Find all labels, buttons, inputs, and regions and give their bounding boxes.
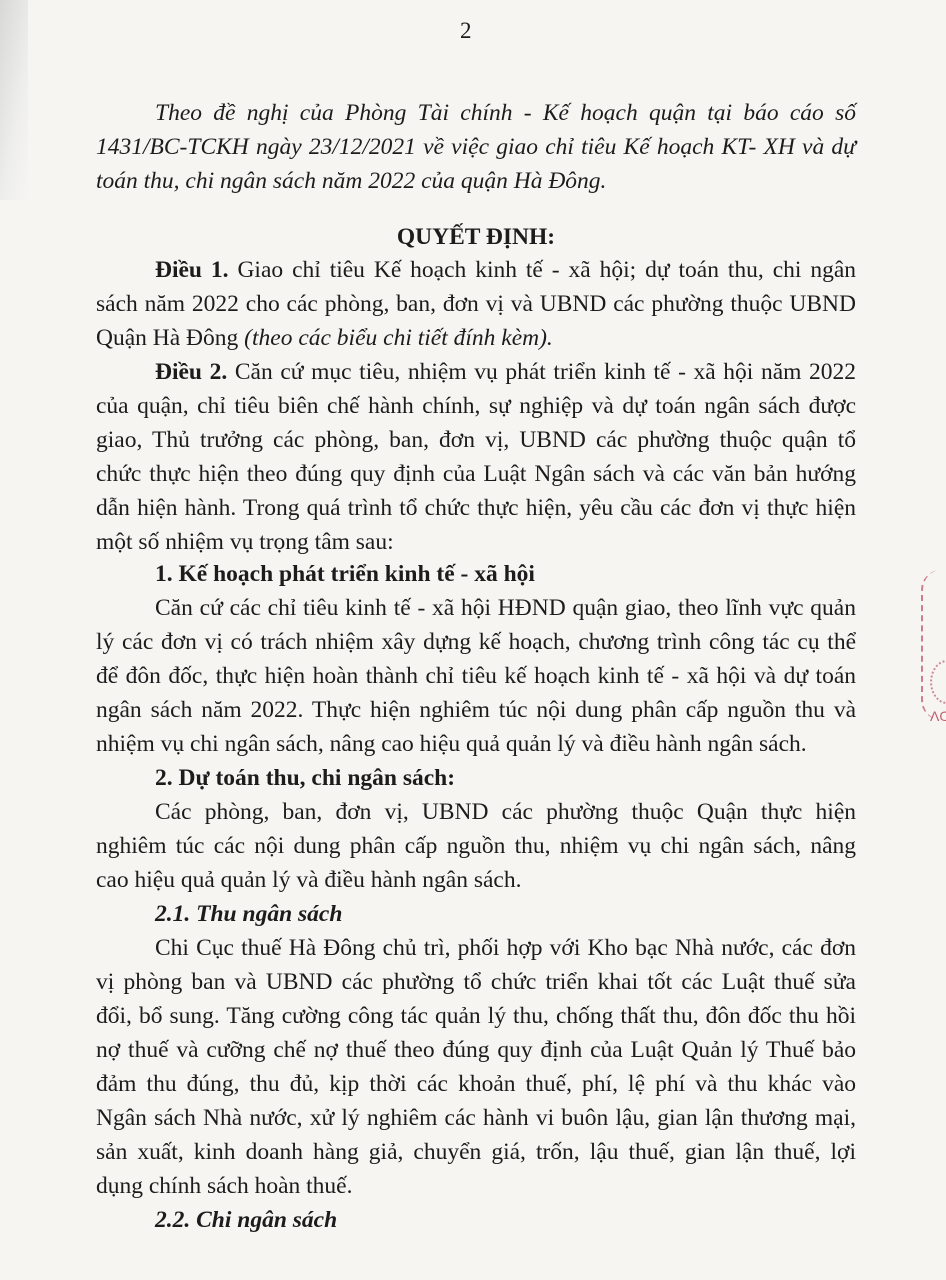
article-1-label: Điều 1.: [155, 257, 229, 283]
section-2-1-line: Chi Cục thuế Hà Đông chủ trì, phối hợp v…: [155, 934, 856, 963]
section-2-title: 2. Dự toán thu, chi ngân sách:: [155, 764, 856, 793]
section-2-2-title: 2.2. Chi ngân sách: [155, 1206, 856, 1235]
section-1-line: nhiệm vụ chi ngân sách, nâng cao hiệu qu…: [96, 730, 856, 759]
section-2-line: Các phòng, ban, đơn vị, UBND các phường …: [155, 798, 856, 827]
decision-heading: QUYẾT ĐỊNH:: [96, 223, 856, 252]
article-1-line: sách năm 2022 cho các phòng, ban, đơn vị…: [96, 290, 856, 319]
section-2-1-line: sản xuất, kinh doanh hàng giả, chuyển gi…: [96, 1138, 856, 1167]
section-1-line: để đôn đốc, thực hiện hoàn thành chỉ tiê…: [96, 662, 856, 691]
article-2-line: Điều 2. Căn cứ mục tiêu, nhiệm vụ phát t…: [155, 358, 856, 387]
section-2-1-line: Ngân sách Nhà nước, xử lý nghiêm các hàn…: [96, 1104, 856, 1133]
section-1-line: lý các đơn vị có trách nhiệm xây dựng kế…: [96, 628, 856, 657]
section-2-line: nghiêm túc các nội dung phân cấp nguồn t…: [96, 832, 856, 861]
section-2-1-line: đổi, bổ sung. Tăng cường công tác quản l…: [96, 1002, 856, 1031]
section-2-1-line: dụng chính sách hoàn thuế.: [96, 1172, 856, 1201]
page-number: 2: [460, 18, 472, 44]
section-2-1-title: 2.1. Thu ngân sách: [155, 900, 856, 929]
article-2-line: của quận, chỉ tiêu biên chế hành chính, …: [96, 392, 856, 421]
article-2-label: Điều 2.: [155, 359, 227, 385]
article-2-line: một số nhiệm vụ trọng tâm sau:: [96, 528, 856, 557]
section-2-1-line: nợ thuế và cưỡng chế nợ thuế theo đúng q…: [96, 1036, 856, 1065]
preamble-line: Theo đề nghị của Phòng Tài chính - Kế ho…: [155, 99, 856, 128]
section-2-1-line: vị phòng ban và UBND các phường tổ chức …: [96, 968, 856, 997]
section-2-1-line: đảm thu đúng, thu đủ, kịp thời các khoản…: [96, 1070, 856, 1099]
section-1-title: 1. Kế hoạch phát triển kinh tế - xã hội: [155, 560, 856, 589]
section-1-line: ngân sách năm 2022. Thực hiện nghiêm túc…: [96, 696, 856, 725]
article-2-line: dẫn hiện hành. Trong quá trình tổ chức t…: [96, 494, 856, 523]
article-1-line: Điều 1. Giao chỉ tiêu Kế hoạch kinh tế -…: [155, 256, 856, 285]
article-2-line: giao, Thủ trưởng các phòng, ban, đơn vị,…: [96, 426, 856, 455]
article-2-line: chức thực hiện theo đúng quy định của Lu…: [96, 460, 856, 489]
stamp-text: ΛƠ: [930, 708, 946, 724]
section-1-line: Căn cứ các chỉ tiêu kinh tế - xã hội HĐN…: [155, 594, 856, 623]
preamble-line: toán thu, chi ngân sách năm 2022 của quậ…: [96, 167, 856, 196]
article-1-line: Quận Hà Đông (theo các biểu chi tiết đín…: [96, 324, 856, 353]
section-2-line: cao hiệu quả quản lý và điều hành ngân s…: [96, 866, 856, 895]
preamble-line: 1431/BC-TCKH ngày 23/12/2021 về việc gia…: [96, 133, 856, 162]
page-edge-shadow: [0, 0, 28, 200]
